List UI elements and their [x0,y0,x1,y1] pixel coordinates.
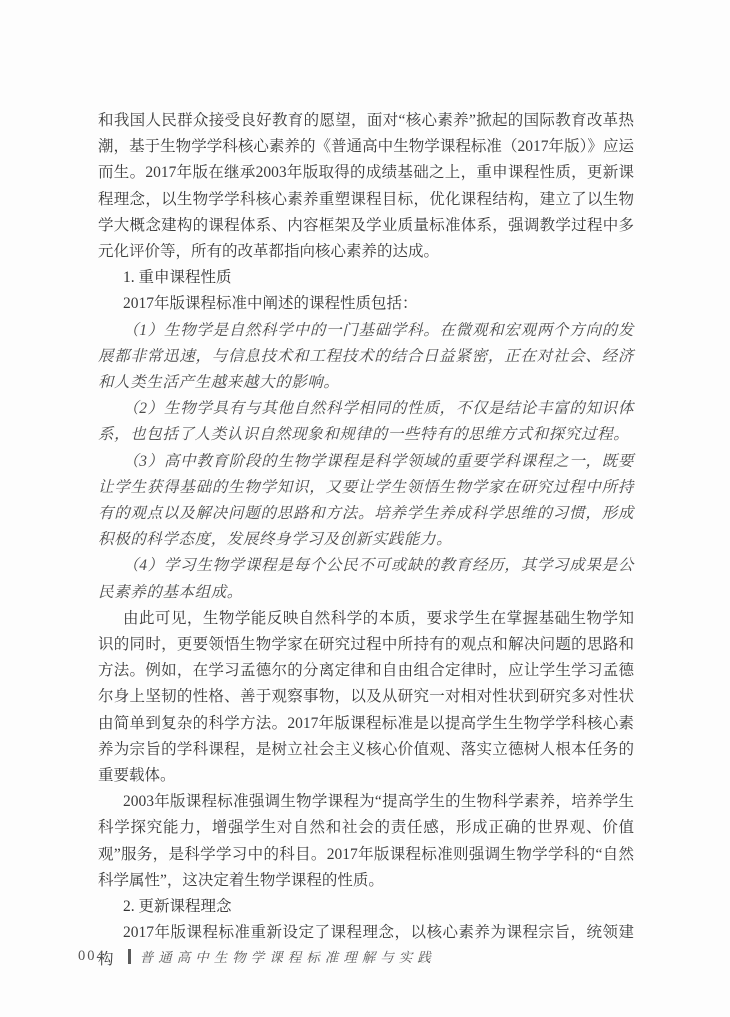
page-footer: 004 普通高中生物学课程标准理解与实践 [78,946,436,966]
book-title: 普通高中生物学课程标准理解与实践 [140,946,436,966]
paragraph: 由此可见，生物学能反映自然科学的本质，要求学生在掌握基础生物学知识的同时，更要领… [98,606,634,789]
section-heading: 1. 重申课程性质 [98,265,634,291]
paragraph: 和我国人民群众接受良好教育的愿望，面对“核心素养”掀起的国际教育改革热潮，基于生… [98,108,634,265]
paragraph: （4）学习生物学课程是每个公民不可或缺的教育经历，其学习成果是公民素养的基本组成… [98,553,634,605]
paragraph: 2017年版课程标准中阐述的课程性质包括： [98,291,634,317]
section-heading: 2. 更新课程理念 [98,894,634,920]
page-body: 和我国人民群众接受良好教育的愿望，面对“核心素养”掀起的国际教育改革热潮，基于生… [98,108,634,973]
paragraph: （1）生物学是自然科学中的一门基础学科。在微观和宏观两个方向的发展都非常迅速，与… [98,318,634,397]
footer-divider [128,949,131,964]
paragraph: （3）高中教育阶段的生物学课程是科学领域的重要学科课程之一，既要让学生获得基础的… [98,449,634,554]
page-number: 004 [78,948,106,965]
paragraph: （2）生物学具有与其他自然科学相同的性质，不仅是结论丰富的知识体系，也包括了人类… [98,396,634,448]
book-page: 和我国人民群众接受良好教育的愿望，面对“核心素养”掀起的国际教育改革热潮，基于生… [0,0,730,1017]
paragraph: 2003年版课程标准强调生物学课程为“提高学生的生物科学素养，培养学生科学探究能… [98,789,634,894]
